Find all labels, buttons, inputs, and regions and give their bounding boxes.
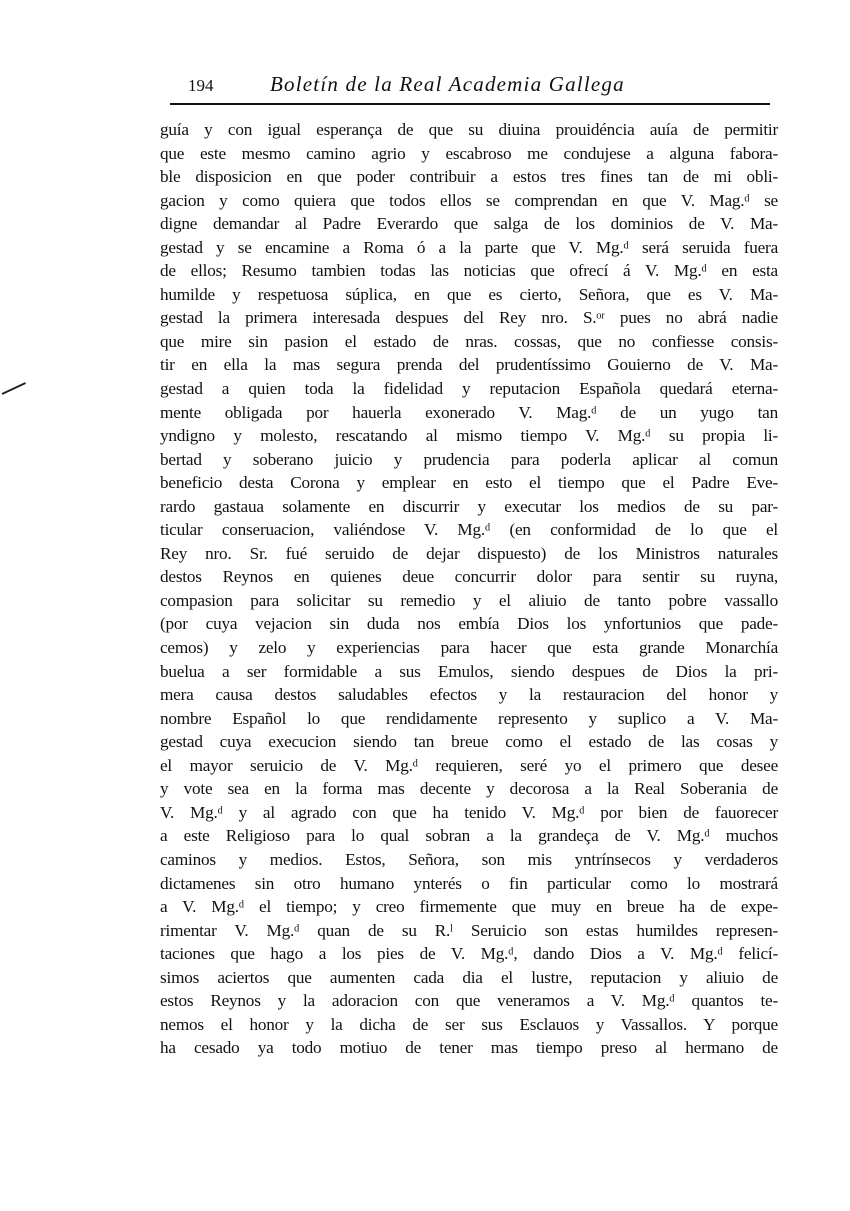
text-line: gestad la primera interesada despues del… [160,306,778,330]
text-line: y vote sea en la forma mas decente y dec… [160,777,778,801]
running-title: Boletín de la Real Academia Gallega [270,72,625,97]
page-number: 194 [188,76,214,96]
body-text: guía y con igual esperança de que su diu… [160,118,778,1060]
text-line: cemos) y zelo y experiencias para hacer … [160,636,778,660]
text-line: nombre Español lo que rendidamente repre… [160,707,778,731]
text-line: gestad a quien toda la fidelidad y reput… [160,377,778,401]
text-line: compasion para solicitar su remedio y el… [160,589,778,613]
text-line: gestad y se encamine a Roma ó a la parte… [160,236,778,260]
text-line: destos Reynos en quienes deue concurrir … [160,565,778,589]
text-line: tir en ella la mas segura prenda del pru… [160,353,778,377]
text-line: Rey nro. Sr. fué seruido de dejar dispue… [160,542,778,566]
text-line: estos Reynos y la adoracion con que vene… [160,989,778,1013]
text-line: simos aciertos que aumenten cada dia el … [160,966,778,990]
text-line: caminos y medios. Estos, Señora, son mis… [160,848,778,872]
text-line: bertad y soberano juicio y prudencia par… [160,448,778,472]
text-line: que este mesmo camino agrio y escabroso … [160,142,778,166]
text-line: buelua a ser formidable a sus Emulos, si… [160,660,778,684]
text-line: rardo gastaua solamente en discurrir y e… [160,495,778,519]
text-line: humilde y respetuosa súplica, en que es … [160,283,778,307]
text-line: taciones que hago a los pies de V. Mg.ᵈ,… [160,942,778,966]
text-line: rimentar V. Mg.ᵈ quan de su R.ˡ Seruicio… [160,919,778,943]
text-line: que mire sin pasion el estado de nras. c… [160,330,778,354]
header-rule [170,103,770,105]
text-line: yndigno y molesto, rescatando al mismo t… [160,424,778,448]
text-line: (por cuya vejacion sin duda nos embía Di… [160,612,778,636]
text-line: digne demandar al Padre Everardo que sal… [160,212,778,236]
text-line: a V. Mg.ᵈ el tiempo; y creo firmemente q… [160,895,778,919]
text-line: ble disposicion en que poder contribuir … [160,165,778,189]
text-line: gestad cuya execucion siendo tan breue c… [160,730,778,754]
text-line: dictamenes sin otro humano ynterés o fin… [160,872,778,896]
text-line: el mayor seruicio de V. Mg.ᵈ requieren, … [160,754,778,778]
text-line: V. Mg.ᵈ y al agrado con que ha tenido V.… [160,801,778,825]
text-line: nemos el honor y la dicha de ser sus Esc… [160,1013,778,1037]
text-line: de ellos; Resumo tambien todas las notic… [160,259,778,283]
text-line: gacion y como quiera que todos ellos se … [160,189,778,213]
text-line: beneficio desta Corona y emplear en esto… [160,471,778,495]
text-line: a este Religioso para lo qual sobran a l… [160,824,778,848]
margin-pen-mark [2,382,26,395]
text-line: guía y con igual esperança de que su diu… [160,118,778,142]
page-header: 194 Boletín de la Real Academia Gallega [160,72,772,100]
text-line: mente obligada por hauerla exonerado V. … [160,401,778,425]
text-line: ticular conseruacion, valiéndose V. Mg.ᵈ… [160,518,778,542]
text-line: mera causa destos saludables efectos y l… [160,683,778,707]
text-line: ha cesado ya todo motiuo de tener mas ti… [160,1036,778,1060]
